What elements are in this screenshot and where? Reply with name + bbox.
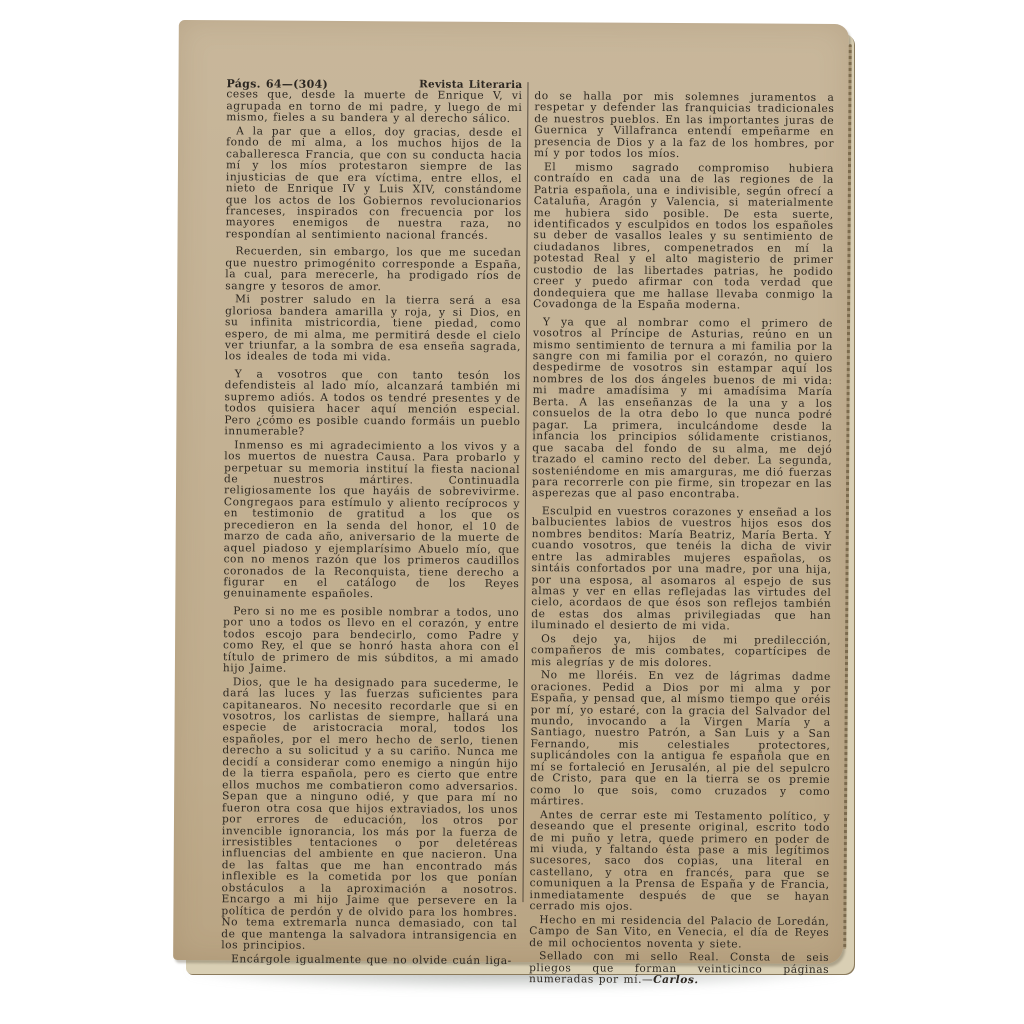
paragraph: ceses que, desde la muerte de Enrique V,… <box>226 90 522 126</box>
closing-paragraph: Sellado con mi sello Real. Consta de sei… <box>529 951 829 987</box>
paragraph: Encárgole igualmente que no olvide cuán … <box>221 954 517 967</box>
paragraph: A la par que a ellos, doy gracias, desde… <box>226 126 523 242</box>
paragraph: Os dejo ya, hijos de mi predilección, co… <box>531 634 831 670</box>
right-column: do se halla por mis solemnes juramentos … <box>529 80 835 989</box>
paragraph: Y ya que al nombrar como el primero de v… <box>532 317 833 502</box>
paragraph: Mi postrer saludo en la tierra será a es… <box>225 294 521 365</box>
signature: Carlos. <box>653 974 699 986</box>
paragraph: Pero si no me es posible nombrar a todos… <box>223 606 519 677</box>
page-content: Págs. 64—(304) Revista Literaria ceses q… <box>221 78 838 952</box>
paragraph: Hecho en mi residencia del Palacio de Lo… <box>529 915 829 951</box>
paragraph: Esculpid en vuestros corazones y enseñad… <box>531 506 832 634</box>
paragraph: El mismo sagrado compromiso hubiera cont… <box>533 162 834 313</box>
paragraph: Recuerden, sin embargo, los que me suced… <box>225 247 521 295</box>
paragraph: No me lloréis. En vez de lágrimas dadme … <box>530 670 831 809</box>
paragraph: Y a vosotros que con tanto tesón los def… <box>224 369 520 440</box>
column-rule <box>522 82 528 902</box>
magazine-page: Págs. 64—(304) Revista Literaria ceses q… <box>173 20 849 964</box>
paragraph: Inmenso es mi agradecimiento a los vivos… <box>223 440 520 602</box>
paragraph: Antes de cerrar este mi Testamento polít… <box>529 810 830 915</box>
left-column: Págs. 64—(304) Revista Literaria ceses q… <box>221 78 522 969</box>
paragraph: Dios, que le ha designado para sucederme… <box>221 677 519 954</box>
paragraph: do se halla por mis solemnes juramentos … <box>534 91 834 162</box>
